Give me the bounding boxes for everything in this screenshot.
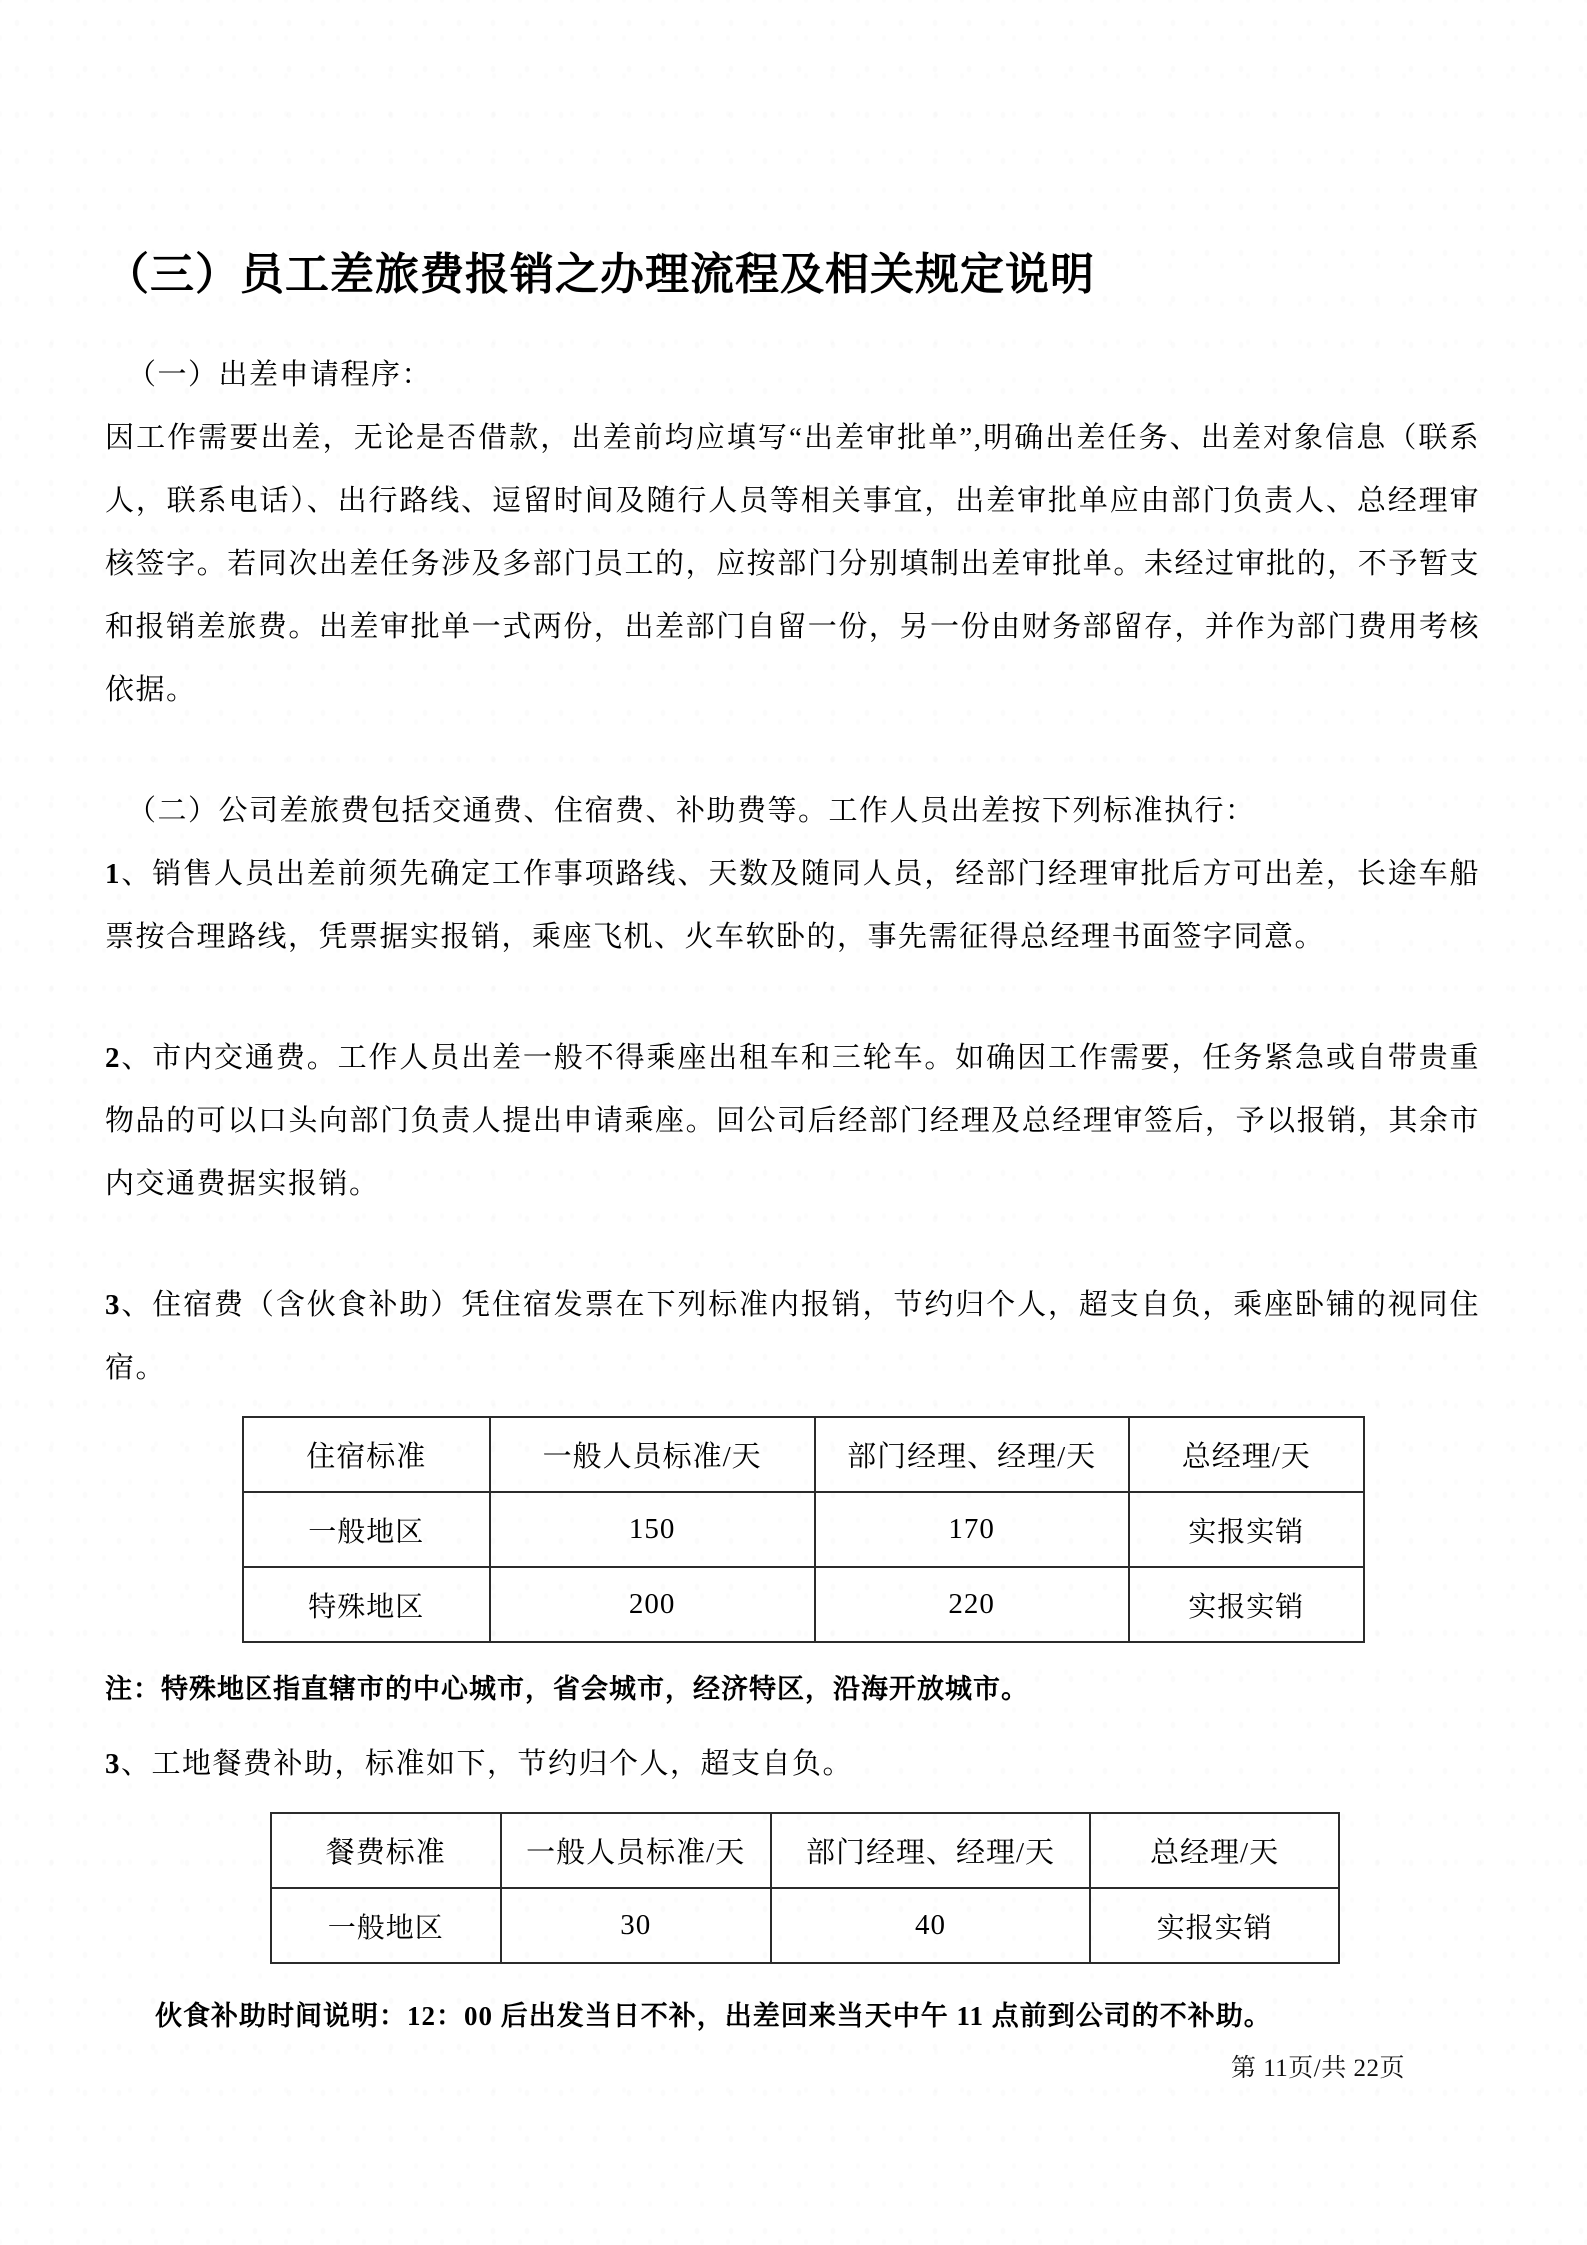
lodging-row2-staff-rate: 200 — [490, 1567, 815, 1642]
rule-item-2-number: 2 — [105, 1042, 121, 1074]
rule-item-3: 3、住宿费（含伙食补助）凭住宿发票在下列标准内报销，节约归个人，超支自负，乘座卧… — [105, 1274, 1480, 1400]
lodging-row2-gm-rate: 实报实销 — [1129, 1567, 1364, 1642]
meal-header-category: 餐费标准 — [271, 1813, 501, 1888]
lodging-header-manager: 部门经理、经理/天 — [815, 1417, 1129, 1492]
lodging-row2-region: 特殊地区 — [243, 1567, 490, 1642]
lodging-row1-staff-rate: 150 — [490, 1492, 815, 1567]
meal-header-manager: 部门经理、经理/天 — [771, 1813, 1090, 1888]
meal-row1-manager-rate: 40 — [771, 1888, 1090, 1963]
table-header-row: 餐费标准 一般人员标准/天 部门经理、经理/天 总经理/天 — [271, 1813, 1339, 1888]
lodging-standard-table: 住宿标准 一般人员标准/天 部门经理、经理/天 总经理/天 一般地区 150 1… — [242, 1416, 1365, 1643]
rule-item-meal: 3、工地餐费补助，标准如下，节约归个人，超支自负。 — [105, 1733, 1480, 1796]
meal-row1-staff-rate: 30 — [501, 1888, 771, 1963]
meal-header-staff: 一般人员标准/天 — [501, 1813, 771, 1888]
rule-item-1: 1、销售人员出差前须先确定工作事项路线、天数及随同人员，经部门经理审批后方可出差… — [105, 843, 1480, 969]
meal-row1-region: 一般地区 — [271, 1888, 501, 1963]
rule-item-2-text: 、市内交通费。工作人员出差一般不得乘座出租车和三轮车。如确因工作需要，任务紧急或… — [105, 1042, 1480, 1200]
lodging-header-staff: 一般人员标准/天 — [490, 1417, 815, 1492]
rule-item-2: 2、市内交通费。工作人员出差一般不得乘座出租车和三轮车。如确因工作需要，任务紧急… — [105, 1027, 1480, 1216]
document-page: （三）员工差旅费报销之办理流程及相关规定说明 （一）出差申请程序： 因工作需要出… — [0, 0, 1587, 2245]
section-1-body: 因工作需要出差，无论是否借款，出差前均应填写“出差审批单”,明确出差任务、出差对… — [105, 407, 1480, 722]
lodging-row2-manager-rate: 220 — [815, 1567, 1129, 1642]
lodging-row1-gm-rate: 实报实销 — [1129, 1492, 1364, 1567]
lodging-header-category: 住宿标准 — [243, 1417, 490, 1492]
rule-item-meal-text: 、工地餐费补助，标准如下，节约归个人，超支自负。 — [121, 1748, 853, 1780]
page-number: 第 11页/共 22页 — [1231, 2048, 1405, 2084]
lodging-header-gm: 总经理/天 — [1129, 1417, 1364, 1492]
table-row: 一般地区 150 170 实报实销 — [243, 1492, 1364, 1567]
meal-standard-table: 餐费标准 一般人员标准/天 部门经理、经理/天 总经理/天 一般地区 30 40… — [270, 1812, 1340, 1964]
special-region-note: 注：特殊地区指直辖市的中心城市，省会城市，经济特区，沿海开放城市。 — [105, 1659, 1480, 1719]
rule-item-3-text: 、住宿费（含伙食补助）凭住宿发票在下列标准内报销，节约归个人，超支自负，乘座卧铺… — [105, 1289, 1480, 1384]
rule-item-3-number: 3 — [105, 1289, 121, 1321]
meal-header-gm: 总经理/天 — [1090, 1813, 1339, 1888]
meal-row1-gm-rate: 实报实销 — [1090, 1888, 1339, 1963]
table-row: 特殊地区 200 220 实报实销 — [243, 1567, 1364, 1642]
rule-item-meal-number: 3 — [105, 1748, 121, 1780]
lodging-row1-region: 一般地区 — [243, 1492, 490, 1567]
table-row: 一般地区 30 40 实报实销 — [271, 1888, 1339, 1963]
section-1-heading: （一）出差申请程序： — [105, 344, 1480, 407]
table-header-row: 住宿标准 一般人员标准/天 部门经理、经理/天 总经理/天 — [243, 1417, 1364, 1492]
section-2-heading: （二）公司差旅费包括交通费、住宿费、补助费等。工作人员出差按下列标准执行： — [105, 780, 1480, 843]
rule-item-1-number: 1 — [105, 858, 121, 890]
meal-subsidy-time-note: 伙食补助时间说明：12：00 后出发当日不补，出差回来当天中午 11 点前到公司… — [105, 1986, 1480, 2046]
rule-item-1-text: 、销售人员出差前须先确定工作事项路线、天数及随同人员，经部门经理审批后方可出差，… — [105, 858, 1480, 953]
page-title: （三）员工差旅费报销之办理流程及相关规定说明 — [105, 248, 1480, 302]
lodging-row1-manager-rate: 170 — [815, 1492, 1129, 1567]
